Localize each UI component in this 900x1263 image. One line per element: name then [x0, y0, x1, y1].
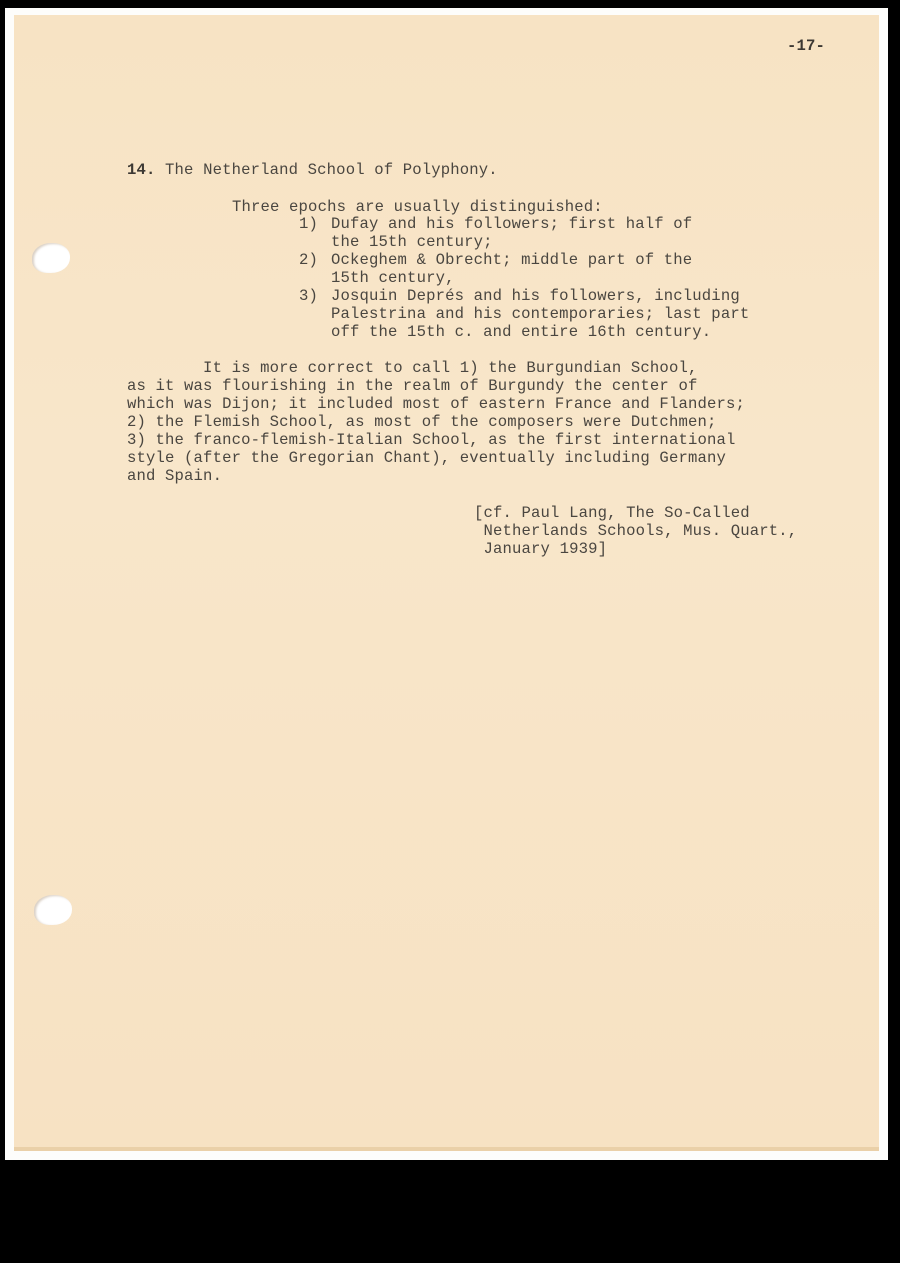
paragraph-line-6: style (after the Gregorian Chant), event…: [127, 449, 726, 467]
epoch-1-line-2: the 15th century;: [331, 233, 493, 251]
epoch-3-line-2: Palestrina and his contemporaries; last …: [331, 305, 749, 323]
citation-line-3: January 1939]: [474, 540, 607, 558]
paragraph-line-2: as it was flourishing in the realm of Bu…: [127, 377, 697, 395]
section-number: 14.: [127, 161, 156, 179]
epochs-intro: Three epochs are usually distinguished:: [232, 198, 603, 216]
paragraph-line-5: 3) the franco-flemish-Italian School, as…: [127, 431, 736, 449]
punch-hole-top: [32, 243, 70, 273]
paragraph-line-3: which was Dijon; it included most of eas…: [127, 395, 745, 413]
typewritten-page: [14, 15, 879, 1151]
punch-hole-bottom: [34, 895, 72, 925]
epoch-3-line-1: Josquin Deprés and his followers, includ…: [331, 287, 740, 305]
page-number: -17-: [787, 37, 825, 55]
citation-line-2: Netherlands Schools, Mus. Quart.,: [474, 522, 797, 540]
epoch-3-line-3: off the 15th c. and entire 16th century.: [331, 323, 711, 341]
epoch-3-marker: 3): [299, 287, 318, 305]
paragraph-line-7: and Spain.: [127, 467, 222, 485]
paragraph-line-1: It is more correct to call 1) the Burgun…: [127, 359, 697, 377]
section-heading: 14. The Netherland School of Polyphony.: [127, 161, 498, 179]
epoch-2-line-1: Ockeghem & Obrecht; middle part of the: [331, 251, 692, 269]
citation-line-1: [cf. Paul Lang, The So-Called: [474, 504, 750, 522]
paragraph-line-4: 2) the Flemish School, as most of the co…: [127, 413, 716, 431]
epoch-2-marker: 2): [299, 251, 318, 269]
epoch-1-line-1: Dufay and his followers; first half of: [331, 215, 692, 233]
section-title: The Netherland School of Polyphony.: [165, 161, 498, 179]
epoch-1-marker: 1): [299, 215, 318, 233]
epoch-2-line-2: 15th century,: [331, 269, 455, 287]
